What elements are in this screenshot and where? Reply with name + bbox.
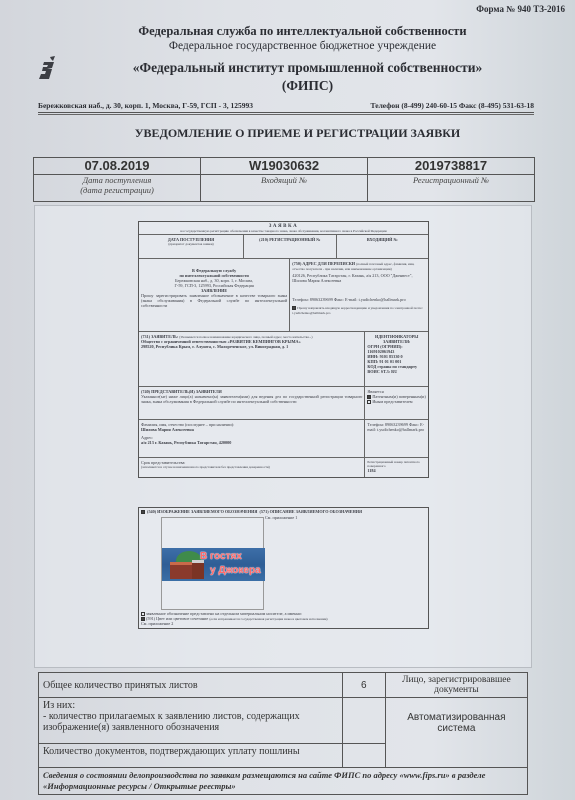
fee-docs-value [342,744,385,768]
form-number: Форма № 940 ТЗ-2016 [476,4,565,14]
org-contacts: Бережковская наб., д. 30, корп. 1, Москв… [38,101,534,110]
applicant-cell: (731) ЗАЯВИТЕЛЬ: (Указывается полное наи… [139,332,364,386]
app-incoming-cell: ВХОДЯЩИЙ № [336,235,428,258]
mark-image-box: В гостях у Джокера [161,517,264,610]
total-sheets-label: Общее количество принятых листов [39,673,343,698]
document-title: УВЕДОМЛЕНИЕ О ПРИЕМЕ И РЕГИСТРАЦИИ ЗАЯВК… [0,126,575,141]
registered-by-value: Автоматизированная система [385,698,527,768]
application-form: ЗАЯВКА на государственную регистрацию об… [138,221,429,478]
org-abbrev: (ФИПС) [0,78,575,94]
registration-table: 07.08.2019 W19030632 2019738817 Дата пос… [33,157,535,202]
org-address: Бережковская наб., д. 30, корп. 1, Москв… [38,101,253,110]
mark-section: (540) ИЗОБРАЖЕНИЕ ЗАЯВЛЯЕМОГО ОБОЗНАЧЕНИ… [138,507,429,629]
fee-docs-label: Количество документов, подтверждающих уп… [39,744,343,768]
registration-number: 2019738817 [368,158,535,175]
other-representative-checkbox[interactable] [367,400,371,404]
patent-attorney-checkbox[interactable] [367,395,371,399]
registered-by-label: Лицо, зарегистрировавшее документы [385,673,527,698]
representative-details-cell: Фамилия, имя, отчество (последнее – при … [139,420,364,457]
attorney-reg-cell: Регистрационный номер патентного поверен… [364,458,428,477]
org-name-federal-service: Федеральная служба по интеллектуальной с… [0,24,575,39]
receipt-date-label: Дата поступления (дата регистрации) [34,175,201,202]
correspondence-cell: (750) АДРЕС ДЛЯ ПЕРЕПИСКИ (полный почтов… [289,259,428,331]
app-reg-cell: (210) РЕГИСТРАЦИОННЫЙ № [243,235,335,258]
total-sheets-value: 6 [342,673,385,698]
representation-term-cell: Срок представительства: (заполняется в с… [139,458,364,477]
email-checkbox[interactable] [292,306,296,310]
app-date-cell: ДАТА ПОСТУПЛЕНИЯ (приоритет документов з… [139,235,243,258]
org-type: Федеральное государственное бюджетное уч… [0,40,575,52]
incoming-number-label: Входящий № [201,175,368,202]
summary-table: Общее количество принятых листов 6 Лицо,… [38,672,528,795]
incoming-number: W19030632 [201,158,368,175]
registration-number-label: Регистрационный № [368,175,535,202]
image-sheets-value [342,698,385,744]
org-name-institute: «Федеральный институт промышленной собст… [0,60,575,76]
header-divider [38,112,534,115]
fips-info-note: Сведения о состоянии делопроизводства по… [39,768,528,795]
representative-cell: (740) ПРЕДСТАВИТЕЛЬ(И) ЗАЯВИТЕЛЯ Указанн… [139,387,364,419]
mark-image-checkbox[interactable] [141,510,145,514]
statement-cell: В Федеральную службу по интеллектуальной… [139,259,289,331]
representative-type-cell: Является Патентным(и) поверенным(и) Иным… [364,387,428,419]
image-sheets-label: Из них: - количество прилагаемых к заявл… [39,698,343,744]
representative-contacts-cell: Телефон: 89063239699 Факс: E-mail: t.yud… [364,420,428,457]
org-phone-fax: Телефон (8-499) 240-60-15 Факс (8-495) 5… [371,101,534,110]
applicant-ids-cell: ИДЕНТИФИКАТОРЫ ЗАЯВИТЕЛЯ: ОГРН (ОГРНИП):… [364,332,428,386]
receipt-date: 07.08.2019 [34,158,201,175]
application-header: ЗАЯВКА на государственную регистрацию об… [139,222,428,234]
trademark-image: В гостях у Джокера [162,548,265,581]
